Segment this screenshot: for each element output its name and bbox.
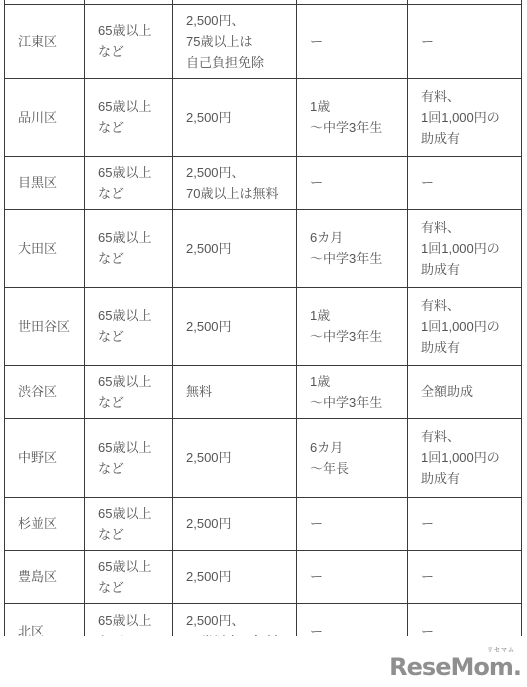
ward-cell: 中野区 (5, 418, 85, 497)
senior-age-cell: 65歳以上 など (85, 550, 173, 603)
ward-cell: 品川区 (5, 78, 85, 156)
table-row: 世田谷区 65歳以上 など 2,500円 1歳 ～中学3年生 有料、 1回1,0… (5, 287, 522, 365)
table-row: 目黒区 65歳以上 など 2,500円、 70歳以上は無料 ー ー (5, 156, 522, 209)
ward-cell: 渋谷区 (5, 365, 85, 418)
child-age-cell: ー (297, 497, 408, 550)
senior-cost-cell: 2,500円、 70歳以上は無料 (173, 156, 297, 209)
child-subsidy-cell: ー (408, 603, 522, 636)
ward-cell: 江東区 (5, 4, 85, 78)
child-age-cell: 1歳 ～中学3年生 (297, 78, 408, 156)
child-age-cell: ー (297, 156, 408, 209)
child-subsidy-cell: 有料、 1回1,000円の 助成有 (408, 78, 522, 156)
table-row: 大田区 65歳以上 など 2,500円 6カ月 ～中学3年生 有料、 1回1,0… (5, 209, 522, 287)
child-subsidy-cell: 有料、 1回1,000円の 助成有 (408, 209, 522, 287)
ward-subsidy-table: 江東区 65歳以上 など 2,500円、 75歳以上は 自己負担免除 ー ー 品… (4, 0, 522, 636)
ward-cell: 大田区 (5, 209, 85, 287)
senior-age-cell: 65歳以上 など (85, 365, 173, 418)
ward-cell: 豊島区 (5, 550, 85, 603)
ward-cell: 北区 (5, 603, 85, 636)
child-age-cell: 6カ月 ～中学3年生 (297, 209, 408, 287)
senior-cost-cell: 無料 (173, 365, 297, 418)
table-row: 品川区 65歳以上 など 2,500円 1歳 ～中学3年生 有料、 1回1,00… (5, 78, 522, 156)
child-age-cell: 1歳 ～中学3年生 (297, 287, 408, 365)
child-subsidy-cell: ー (408, 550, 522, 603)
ward-cell: 世田谷区 (5, 287, 85, 365)
child-subsidy-cell: ー (408, 156, 522, 209)
resemom-logo-text: ReseMom. (389, 653, 521, 681)
senior-age-cell: 65歳以上 など (85, 4, 173, 78)
table-row: 中野区 65歳以上 など 2,500円 6カ月 ～年長 有料、 1回1,000円… (5, 418, 522, 497)
child-age-cell: 1歳 ～中学3年生 (297, 365, 408, 418)
senior-age-cell: 65歳以上 など (85, 497, 173, 550)
senior-age-cell: 65歳以上 など (85, 287, 173, 365)
table-row: 渋谷区 65歳以上 など 無料 1歳 ～中学3年生 全額助成 (5, 365, 522, 418)
child-age-cell: ー (297, 603, 408, 636)
child-subsidy-cell: ー (408, 497, 522, 550)
senior-cost-cell: 2,500円 (173, 209, 297, 287)
child-subsidy-cell: 有料、 1回1,000円の 助成有 (408, 287, 522, 365)
senior-age-cell: 65歳以上 など (85, 78, 173, 156)
senior-cost-cell: 2,500円 (173, 78, 297, 156)
child-subsidy-cell: 有料、 1回1,000円の 助成有 (408, 418, 522, 497)
child-age-cell: 6カ月 ～年長 (297, 418, 408, 497)
senior-cost-cell: 2,500円 (173, 287, 297, 365)
child-age-cell: ー (297, 550, 408, 603)
resemom-logo: リセマム ReseMom. (389, 648, 521, 679)
ward-cell: 目黒区 (5, 156, 85, 209)
senior-age-cell: 65歳以上 など (85, 603, 173, 636)
child-age-cell: ー (297, 4, 408, 78)
table-row: 江東区 65歳以上 など 2,500円、 75歳以上は 自己負担免除 ー ー (5, 4, 522, 78)
table-row: 杉並区 65歳以上 など 2,500円 ー ー (5, 497, 522, 550)
child-subsidy-cell: 全額助成 (408, 365, 522, 418)
table-row: 北区 65歳以上 など 2,500円、 72歳以上は無料 ー ー (5, 603, 522, 636)
ward-cell: 杉並区 (5, 497, 85, 550)
senior-cost-cell: 2,500円 (173, 418, 297, 497)
senior-cost-cell: 2,500円 (173, 550, 297, 603)
senior-age-cell: 65歳以上 など (85, 418, 173, 497)
senior-age-cell: 65歳以上 など (85, 209, 173, 287)
child-subsidy-cell: ー (408, 4, 522, 78)
senior-cost-cell: 2,500円 (173, 497, 297, 550)
table-row: 豊島区 65歳以上 など 2,500円 ー ー (5, 550, 522, 603)
senior-age-cell: 65歳以上 など (85, 156, 173, 209)
senior-cost-cell: 2,500円、 75歳以上は 自己負担免除 (173, 4, 297, 78)
senior-cost-cell: 2,500円、 72歳以上は無料 (173, 603, 297, 636)
table-clip-region: 江東区 65歳以上 など 2,500円、 75歳以上は 自己負担免除 ー ー 品… (4, 0, 522, 636)
